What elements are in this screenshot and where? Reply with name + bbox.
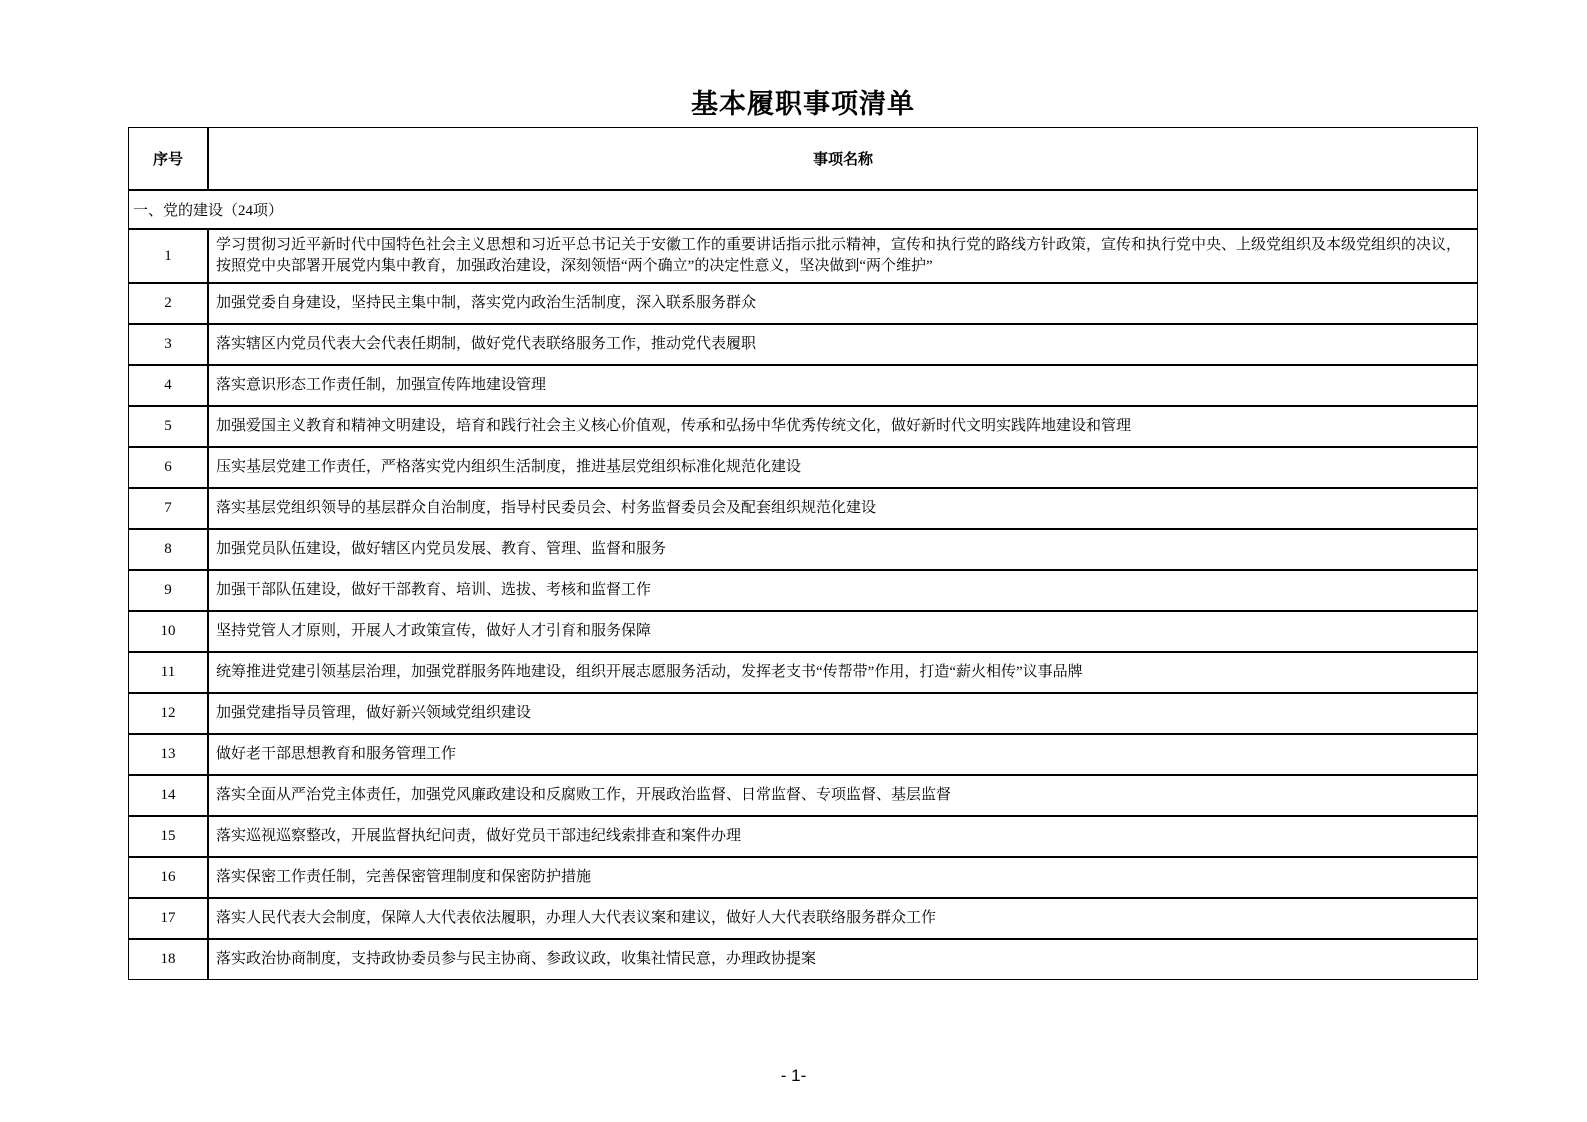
row-item-text: 加强党建指导员管理，做好新兴领域党组织建设 bbox=[208, 693, 1478, 734]
table-row: 15落实巡视巡察整改，开展监督执纪问责，做好党员干部违纪线索排查和案件办理 bbox=[128, 816, 1478, 857]
row-number: 5 bbox=[128, 406, 208, 447]
row-number: 6 bbox=[128, 447, 208, 488]
table-row: 17落实人民代表大会制度，保障人大代表依法履职，办理人大代表议案和建议，做好人大… bbox=[128, 898, 1478, 939]
row-item-text: 落实人民代表大会制度，保障人大代表依法履职，办理人大代表议案和建议，做好人大代表… bbox=[208, 898, 1478, 939]
duties-table: 序号 事项名称 一、党的建设（24项） 1学习贯彻习近平新时代中国特色社会主义思… bbox=[128, 127, 1478, 980]
row-number: 4 bbox=[128, 365, 208, 406]
row-number: 11 bbox=[128, 652, 208, 693]
page-title: 基本履职事项清单 bbox=[128, 82, 1478, 121]
row-item-text: 落实基层党组织领导的基层群众自治制度，指导村民委员会、村务监督委员会及配套组织规… bbox=[208, 488, 1478, 529]
table-row: 13做好老干部思想教育和服务管理工作 bbox=[128, 734, 1478, 775]
row-item-text: 落实全面从严治党主体责任，加强党风廉政建设和反腐败工作，开展政治监督、日常监督、… bbox=[208, 775, 1478, 816]
page-number: - 1- bbox=[0, 1066, 1587, 1086]
row-number: 12 bbox=[128, 693, 208, 734]
header-cell-name: 事项名称 bbox=[208, 127, 1478, 190]
row-item-text: 落实辖区内党员代表大会代表任期制，做好党代表联络服务工作，推动党代表履职 bbox=[208, 324, 1478, 365]
row-item-text: 落实意识形态工作责任制，加强宣传阵地建设管理 bbox=[208, 365, 1478, 406]
header-cell-index: 序号 bbox=[128, 127, 208, 190]
row-number: 7 bbox=[128, 488, 208, 529]
section-row: 一、党的建设（24项） bbox=[128, 190, 1478, 229]
row-item-text: 加强党员队伍建设，做好辖区内党员发展、教育、管理、监督和服务 bbox=[208, 529, 1478, 570]
document-page: 基本履职事项清单 序号 事项名称 一、党的建设（24项） 1学习贯彻习近平新时代… bbox=[0, 0, 1587, 1122]
table-row: 18落实政治协商制度，支持政协委员参与民主协商、参政议政，收集社情民意，办理政协… bbox=[128, 939, 1478, 980]
table-row: 3落实辖区内党员代表大会代表任期制，做好党代表联络服务工作，推动党代表履职 bbox=[128, 324, 1478, 365]
row-number: 9 bbox=[128, 570, 208, 611]
row-item-text: 学习贯彻习近平新时代中国特色社会主义思想和习近平总书记关于安徽工作的重要讲话指示… bbox=[208, 229, 1478, 283]
row-number: 10 bbox=[128, 611, 208, 652]
row-item-text: 加强爱国主义教育和精神文明建设，培育和践行社会主义核心价值观，传承和弘扬中华优秀… bbox=[208, 406, 1478, 447]
table-row: 16落实保密工作责任制，完善保密管理制度和保密防护措施 bbox=[128, 857, 1478, 898]
table-row: 8加强党员队伍建设，做好辖区内党员发展、教育、管理、监督和服务 bbox=[128, 529, 1478, 570]
row-item-text: 落实巡视巡察整改，开展监督执纪问责，做好党员干部违纪线索排查和案件办理 bbox=[208, 816, 1478, 857]
row-number: 8 bbox=[128, 529, 208, 570]
section-title: 一、党的建设（24项） bbox=[128, 190, 1478, 229]
table-row: 14落实全面从严治党主体责任，加强党风廉政建设和反腐败工作，开展政治监督、日常监… bbox=[128, 775, 1478, 816]
table-row: 5加强爱国主义教育和精神文明建设，培育和践行社会主义核心价值观，传承和弘扬中华优… bbox=[128, 406, 1478, 447]
table-row: 6压实基层党建工作责任，严格落实党内组织生活制度，推进基层党组织标准化规范化建设 bbox=[128, 447, 1478, 488]
header-row: 序号 事项名称 bbox=[128, 127, 1478, 190]
table-row: 1学习贯彻习近平新时代中国特色社会主义思想和习近平总书记关于安徽工作的重要讲话指… bbox=[128, 229, 1478, 283]
row-item-text: 做好老干部思想教育和服务管理工作 bbox=[208, 734, 1478, 775]
row-number: 2 bbox=[128, 283, 208, 324]
table-row: 2加强党委自身建设，坚持民主集中制，落实党内政治生活制度，深入联系服务群众 bbox=[128, 283, 1478, 324]
row-number: 14 bbox=[128, 775, 208, 816]
row-number: 1 bbox=[128, 229, 208, 283]
table-row: 4落实意识形态工作责任制，加强宣传阵地建设管理 bbox=[128, 365, 1478, 406]
row-item-text: 坚持党管人才原则，开展人才政策宣传，做好人才引育和服务保障 bbox=[208, 611, 1478, 652]
row-item-text: 落实政治协商制度，支持政协委员参与民主协商、参政议政，收集社情民意，办理政协提案 bbox=[208, 939, 1478, 980]
row-number: 17 bbox=[128, 898, 208, 939]
row-number: 15 bbox=[128, 816, 208, 857]
table-row: 11统筹推进党建引领基层治理，加强党群服务阵地建设，组织开展志愿服务活动，发挥老… bbox=[128, 652, 1478, 693]
row-number: 18 bbox=[128, 939, 208, 980]
row-number: 16 bbox=[128, 857, 208, 898]
table-row: 10坚持党管人才原则，开展人才政策宣传，做好人才引育和服务保障 bbox=[128, 611, 1478, 652]
row-item-text: 统筹推进党建引领基层治理，加强党群服务阵地建设，组织开展志愿服务活动，发挥老支书… bbox=[208, 652, 1478, 693]
table-body: 一、党的建设（24项） 1学习贯彻习近平新时代中国特色社会主义思想和习近平总书记… bbox=[128, 190, 1478, 980]
row-item-text: 加强干部队伍建设，做好干部教育、培训、选拔、考核和监督工作 bbox=[208, 570, 1478, 611]
row-item-text: 加强党委自身建设，坚持民主集中制，落实党内政治生活制度，深入联系服务群众 bbox=[208, 283, 1478, 324]
row-item-text: 落实保密工作责任制，完善保密管理制度和保密防护措施 bbox=[208, 857, 1478, 898]
table-row: 7落实基层党组织领导的基层群众自治制度，指导村民委员会、村务监督委员会及配套组织… bbox=[128, 488, 1478, 529]
table-row: 9加强干部队伍建设，做好干部教育、培训、选拔、考核和监督工作 bbox=[128, 570, 1478, 611]
row-item-text: 压实基层党建工作责任，严格落实党内组织生活制度，推进基层党组织标准化规范化建设 bbox=[208, 447, 1478, 488]
row-number: 13 bbox=[128, 734, 208, 775]
row-number: 3 bbox=[128, 324, 208, 365]
table-row: 12加强党建指导员管理，做好新兴领域党组织建设 bbox=[128, 693, 1478, 734]
